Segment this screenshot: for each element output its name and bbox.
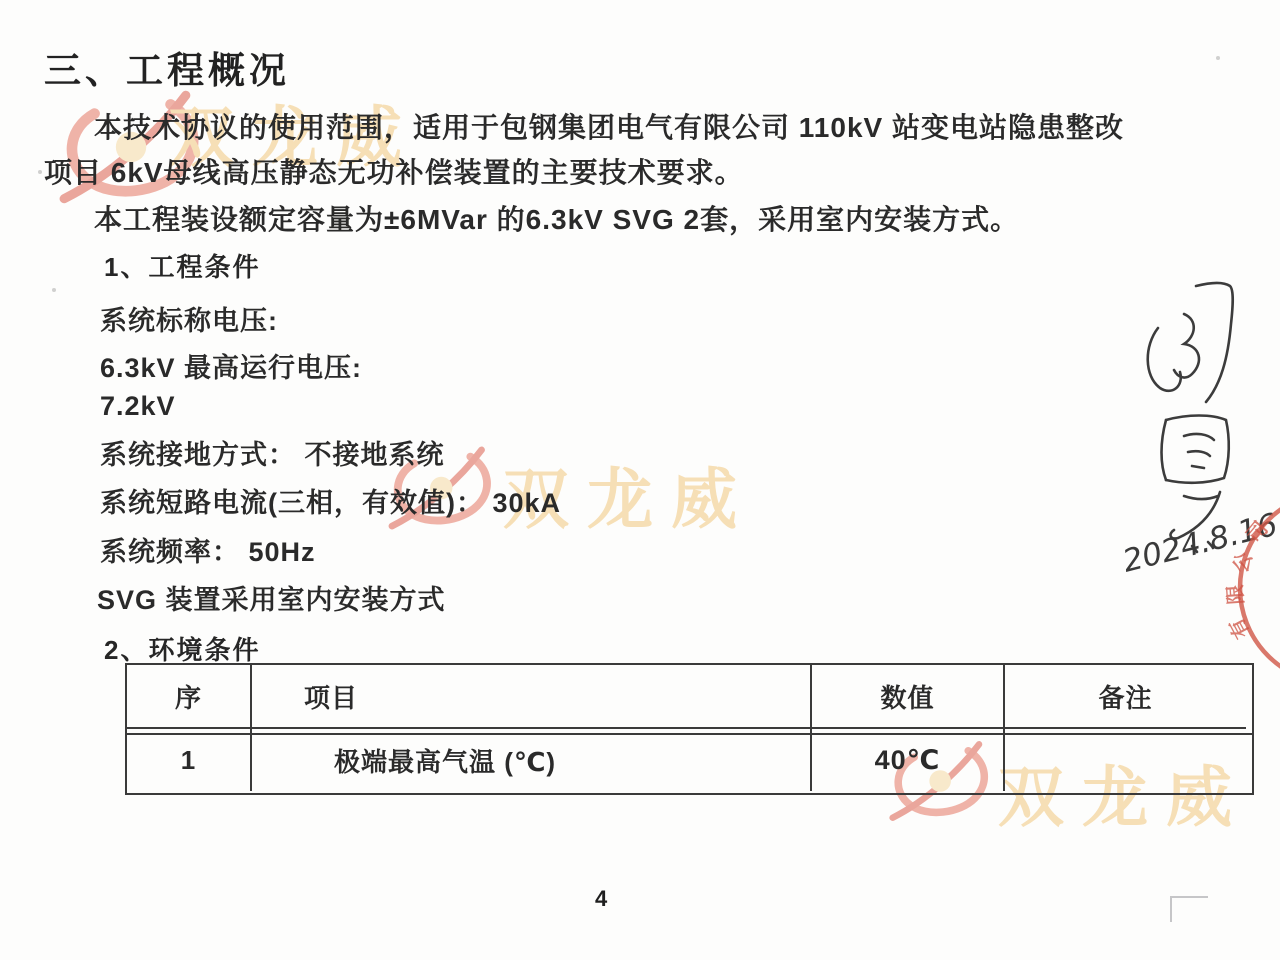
scan-speck bbox=[52, 288, 56, 292]
table-header-value: 数值 bbox=[810, 665, 1003, 729]
condition-line: 6.3kV 最高运行电压: bbox=[100, 346, 362, 385]
paragraph-line: 本工程装设额定容量为±6MVar 的6.3kV SVG 2套，采用室内安装方式。 bbox=[94, 198, 1019, 238]
scan-corner-mark bbox=[1170, 896, 1208, 922]
paragraph-line: 本技术协议的使用范围，适用于包钢集团电气有限公司 110kV 站变电站隐患整改 bbox=[94, 106, 1124, 146]
company-stamp: 司 公 限 有 bbox=[1222, 492, 1280, 702]
condition-line: 系统短路电流(三相，有效值)： 30kA bbox=[100, 481, 561, 520]
scan-speck bbox=[1216, 56, 1220, 60]
environment-conditions-table: 序 项目 数值 备注 1 极端最高气温 (℃) 40℃ bbox=[125, 663, 1254, 795]
table-header-remark: 备注 bbox=[1003, 665, 1246, 729]
table-header-seq: 序 bbox=[127, 665, 250, 729]
scanned-document-page: 双龙威 双龙威 双龙威 三、工程概况 本技术协议的使用范围，适用于包钢集团电气有… bbox=[0, 0, 1280, 960]
page-number: 4 bbox=[595, 886, 607, 912]
subsection-heading: 1、工程条件 bbox=[104, 247, 260, 284]
condition-line: 7.2kV bbox=[100, 391, 176, 422]
table-cell-value: 40℃ bbox=[810, 729, 1003, 791]
table-cell-seq: 1 bbox=[127, 729, 250, 791]
table-header-double-rule bbox=[127, 733, 1252, 735]
stamp-char: 公 bbox=[1228, 548, 1257, 575]
scan-speck bbox=[38, 170, 42, 174]
condition-line: 系统接地方式： 不接地系统 bbox=[100, 433, 445, 472]
table-cell-remark bbox=[1003, 729, 1246, 791]
stamp-char: 有 bbox=[1224, 614, 1255, 643]
condition-line: SVG 装置采用室内安装方式 bbox=[97, 578, 446, 617]
subsection-heading: 2、环境条件 bbox=[104, 630, 260, 667]
condition-line: 系统标称电压: bbox=[100, 299, 278, 338]
stamp-char: 限 bbox=[1223, 584, 1248, 606]
paragraph-line: 项目 6kV母线高压静态无功补偿装置的主要技术要求。 bbox=[44, 151, 744, 191]
table-cell-item: 极端最高气温 (℃) bbox=[250, 729, 810, 791]
section-title: 三、工程概况 bbox=[44, 40, 290, 94]
table-header-item: 项目 bbox=[250, 665, 810, 729]
condition-line: 系统频率： 50Hz bbox=[100, 530, 316, 569]
